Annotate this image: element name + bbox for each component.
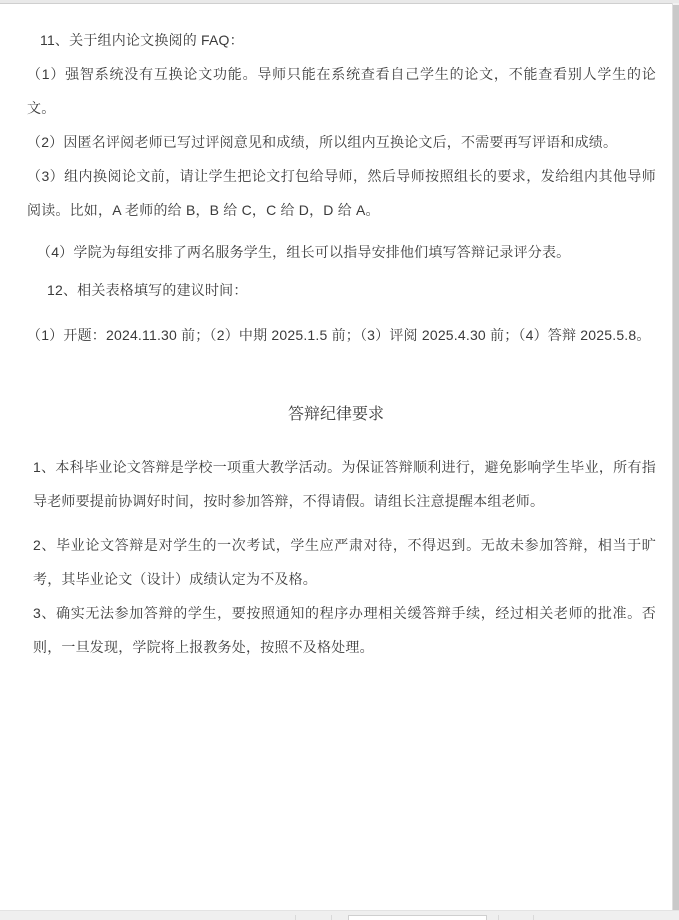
paragraph-schedule-title: 12、相关表格填写的建议时间： bbox=[0, 273, 672, 307]
paragraph-schedule-dates: （1）开题：2024.11.30 前；（2）中期 2025.1.5 前；（3）评… bbox=[0, 318, 672, 352]
toolbar-field[interactable] bbox=[348, 915, 487, 920]
paragraph-faq-3: （3）组内换阅论文前，请让学生把论文打包给导师，然后导师按照组长的要求，发给组内… bbox=[0, 159, 672, 227]
toolbar-divider bbox=[295, 915, 296, 920]
vertical-scrollbar[interactable] bbox=[672, 3, 679, 911]
paragraph-faq-title: 11、关于组内论文换阅的 FAQ： bbox=[0, 23, 672, 57]
document-viewer: 11、关于组内论文换阅的 FAQ： （1）强智系统没有互换论文功能。导师只能在系… bbox=[0, 0, 679, 920]
paragraph-faq-4: （4）学院为每组安排了两名服务学生，组长可以指导安排他们填写答辩记录评分表。 bbox=[0, 235, 672, 269]
toolbar-divider bbox=[498, 915, 499, 920]
scrollbar-thumb[interactable] bbox=[673, 5, 679, 911]
paragraph-rule-3: 3、确实无法参加答辩的学生，要按照通知的程序办理相关缓答辩手续，经过相关老师的批… bbox=[0, 596, 672, 664]
toolbar-divider bbox=[331, 915, 332, 920]
document-page: 11、关于组内论文换阅的 FAQ： （1）强智系统没有互换论文功能。导师只能在系… bbox=[0, 4, 672, 911]
toolbar-divider bbox=[533, 915, 534, 920]
paragraph-rule-2: 2、毕业论文答辩是对学生的一次考试，学生应严肃对待，不得迟到。无故未参加答辩，相… bbox=[0, 528, 672, 596]
paragraph-faq-2: （2）因匿名评阅老师已写过评阅意见和成绩，所以组内互换论文后，不需要再写评语和成… bbox=[0, 125, 672, 159]
section-heading-defense-rules: 答辩纪律要求 bbox=[0, 398, 672, 432]
paragraph-faq-1: （1）强智系统没有互换论文功能。导师只能在系统查看自己学生的论文，不能查看别人学… bbox=[0, 57, 672, 125]
bottom-toolbar bbox=[0, 910, 679, 920]
paragraph-rule-1: 1、本科毕业论文答辩是学校一项重大教学活动。为保证答辩顺利进行，避免影响学生毕业… bbox=[0, 450, 672, 518]
